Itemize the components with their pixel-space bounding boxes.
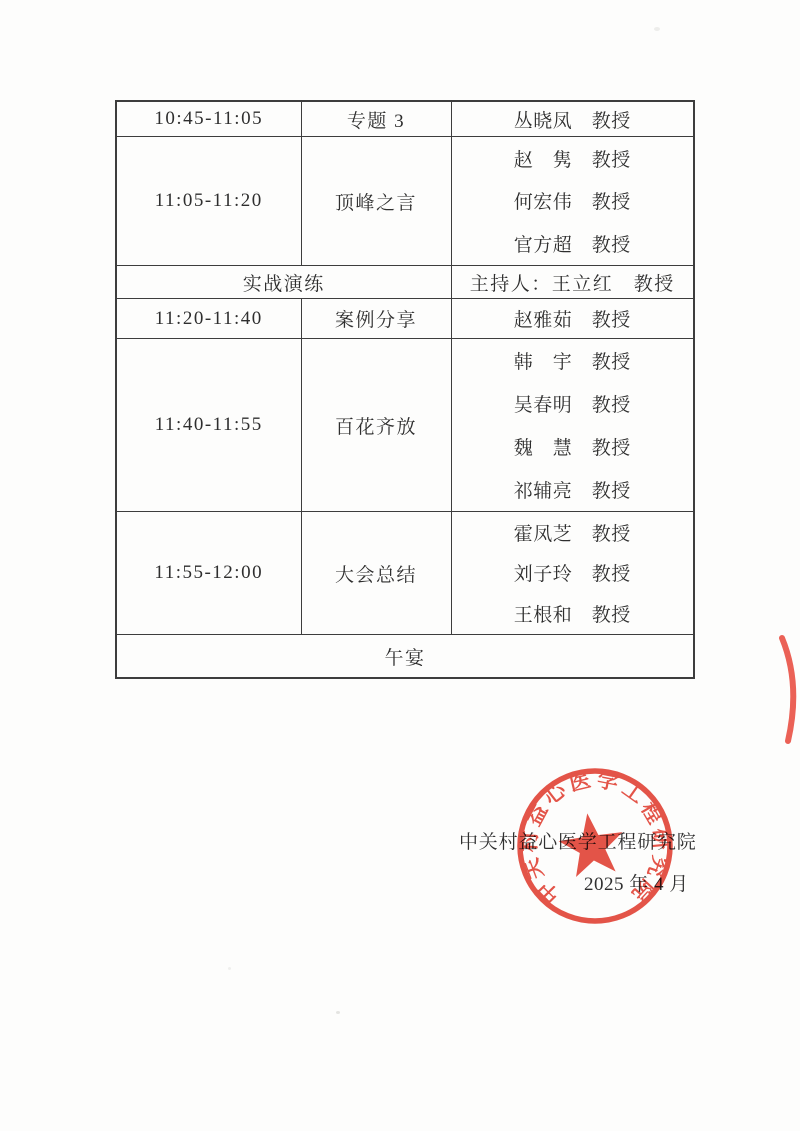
- time-cell: 10:45-11:05: [116, 101, 301, 137]
- time-cell: 11:40-11:55: [116, 339, 301, 512]
- time-cell: 11:55-12:00: [116, 512, 301, 635]
- speaker-name: 霍凤芝 教授: [514, 519, 631, 546]
- seal-star-icon: [555, 809, 628, 879]
- speaker-name: 官方超 教授: [514, 230, 631, 257]
- section-header-cell: 实战演练: [116, 266, 451, 299]
- table-row: 10:45-11:05 专题 3 丛晓凤 教授: [116, 101, 694, 137]
- lunch-cell: 午宴: [116, 635, 694, 679]
- time-cell: 11:20-11:40: [116, 299, 301, 339]
- scan-speck: [228, 967, 231, 970]
- speaker-name: 吴春明 教授: [514, 390, 631, 417]
- speakers-cell: 丛晓凤 教授: [451, 101, 694, 137]
- topic-cell: 百花齐放: [301, 339, 451, 512]
- speaker-name: 魏 慧 教授: [514, 433, 631, 460]
- speaker-name: 祁辅亮 教授: [514, 476, 631, 503]
- speakers-cell: 赵 隽 教授 何宏伟 教授 官方超 教授: [451, 137, 694, 266]
- topic-cell: 专题 3: [301, 101, 451, 137]
- time-cell: 11:05-11:20: [116, 137, 301, 266]
- speaker-name: 何宏伟 教授: [514, 187, 631, 214]
- speaker-name: 赵 隽 教授: [514, 145, 631, 172]
- table-row: 11:40-11:55 百花齐放 韩 宇 教授 吴春明 教授 魏 慧 教授 祁辅…: [116, 339, 694, 512]
- schedule-table: 10:45-11:05 专题 3 丛晓凤 教授 11:05-11:20 顶峰之言…: [115, 100, 695, 679]
- topic-cell: 顶峰之言: [301, 137, 451, 266]
- speakers-cell: 韩 宇 教授 吴春明 教授 魏 慧 教授 祁辅亮 教授: [451, 339, 694, 512]
- table-row: 11:55-12:00 大会总结 霍凤芝 教授 刘子玲 教授 王根和 教授: [116, 512, 694, 635]
- speakers-cell: 赵雅茹 教授: [451, 299, 694, 339]
- speaker-name: 丛晓凤 教授: [452, 106, 694, 133]
- speaker-name: 刘子玲 教授: [514, 559, 631, 586]
- table-row: 午宴: [116, 635, 694, 679]
- speaker-name: 韩 宇 教授: [514, 347, 631, 374]
- scan-speck: [336, 1011, 340, 1014]
- speaker-name: 赵雅茹 教授: [452, 305, 694, 332]
- partial-seal-arc: [770, 632, 800, 747]
- speakers-cell: 霍凤芝 教授 刘子玲 教授 王根和 教授: [451, 512, 694, 635]
- table-row: 11:20-11:40 案例分享 赵雅茹 教授: [116, 299, 694, 339]
- table-row: 11:05-11:20 顶峰之言 赵 隽 教授 何宏伟 教授 官方超 教授: [116, 137, 694, 266]
- scan-speck: [654, 27, 660, 31]
- host-cell: 主持人：王立红 教授: [451, 266, 694, 299]
- document-page: 10:45-11:05 专题 3 丛晓凤 教授 11:05-11:20 顶峰之言…: [0, 0, 800, 1131]
- speaker-name: 王根和 教授: [514, 600, 631, 627]
- topic-cell: 大会总结: [301, 512, 451, 635]
- official-seal-stamp: 中关村益心医学工程研究院: [505, 756, 685, 936]
- topic-cell: 案例分享: [301, 299, 451, 339]
- table-row: 实战演练 主持人：王立红 教授: [116, 266, 694, 299]
